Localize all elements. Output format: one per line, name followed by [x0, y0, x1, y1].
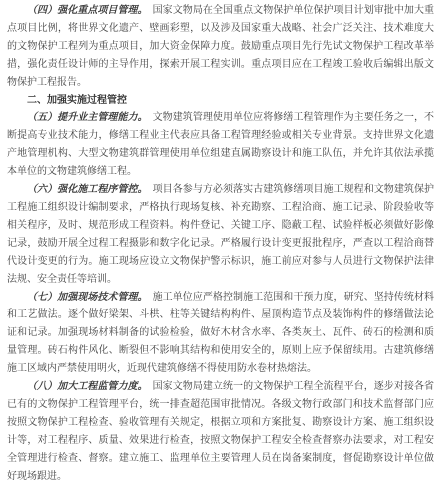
paragraph-7-lead: （七）加强现场技术管理。 [27, 292, 148, 303]
document-page: （四）强化重点项目管理。国家文物局在全国重点文物保护单位保护项目计划审批中加大重… [0, 0, 440, 485]
section-heading-2: 二、加强实施过程管控 [7, 92, 434, 110]
paragraph-5-lead: （五）提升业主管理能力。 [27, 112, 148, 123]
paragraph-6-lead: （六）强化施工程序管控。 [27, 184, 148, 195]
paragraph-4-lead: （四）强化重点项目管理。 [27, 5, 148, 16]
paragraph-5: （五）提升业主管理能力。文物建筑管理使用单位应将修缮工程管理作为主要任务之一，不… [7, 109, 434, 181]
paragraph-8-body: 国家文物局建立统一的文物保护工程全流程平台，逐步对接各省已有的文物保护工程管理平… [7, 381, 434, 482]
paragraph-6-body: 项目各参与方必须落实古建筑修缮项目施工规程和文物建筑保护工程施工组织设计编制要求… [7, 184, 434, 285]
paragraph-7: （七）加强现场技术管理。施工单位应严格控制施工范围和干预力度，研究、坚持传统材料… [7, 289, 434, 379]
paragraph-8: （八）加大工程监管力度。国家文物局建立统一的文物保护工程全流程平台，逐步对接各省… [7, 378, 434, 485]
paragraph-4: （四）强化重点项目管理。国家文物局在全国重点文物保护单位保护项目计划审批中加大重… [7, 2, 434, 92]
paragraph-4-body: 国家文物局在全国重点文物保护单位保护项目计划审批中加大重点项目比例，将世界文化遗… [7, 5, 434, 88]
paragraph-8-lead: （八）加大工程监管力度。 [27, 381, 148, 392]
paragraph-6: （六）强化施工程序管控。项目各参与方必须落实古建筑修缮项目施工规程和文物建筑保护… [7, 181, 434, 288]
paragraph-7-body: 施工单位应严格控制施工范围和干预力度，研究、坚持传统材料和工艺做法。逐个做好梁架… [7, 292, 434, 375]
